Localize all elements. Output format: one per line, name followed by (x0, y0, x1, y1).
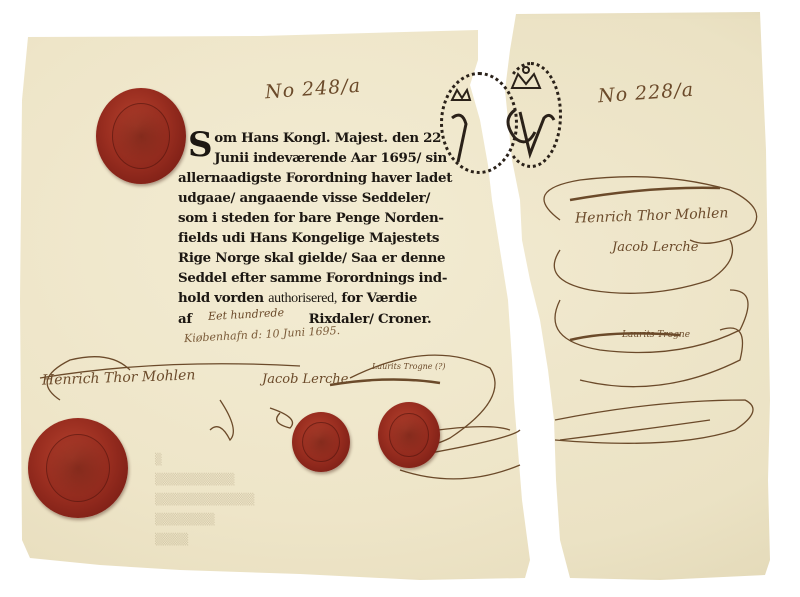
wax-seal-top-left-icon (96, 88, 186, 184)
wax-seal-bottom-left-icon (28, 418, 128, 518)
wax-seal-middle-icon (292, 412, 350, 472)
calligraphic-flourishes (0, 0, 800, 597)
wax-seal-right-icon (378, 402, 440, 468)
